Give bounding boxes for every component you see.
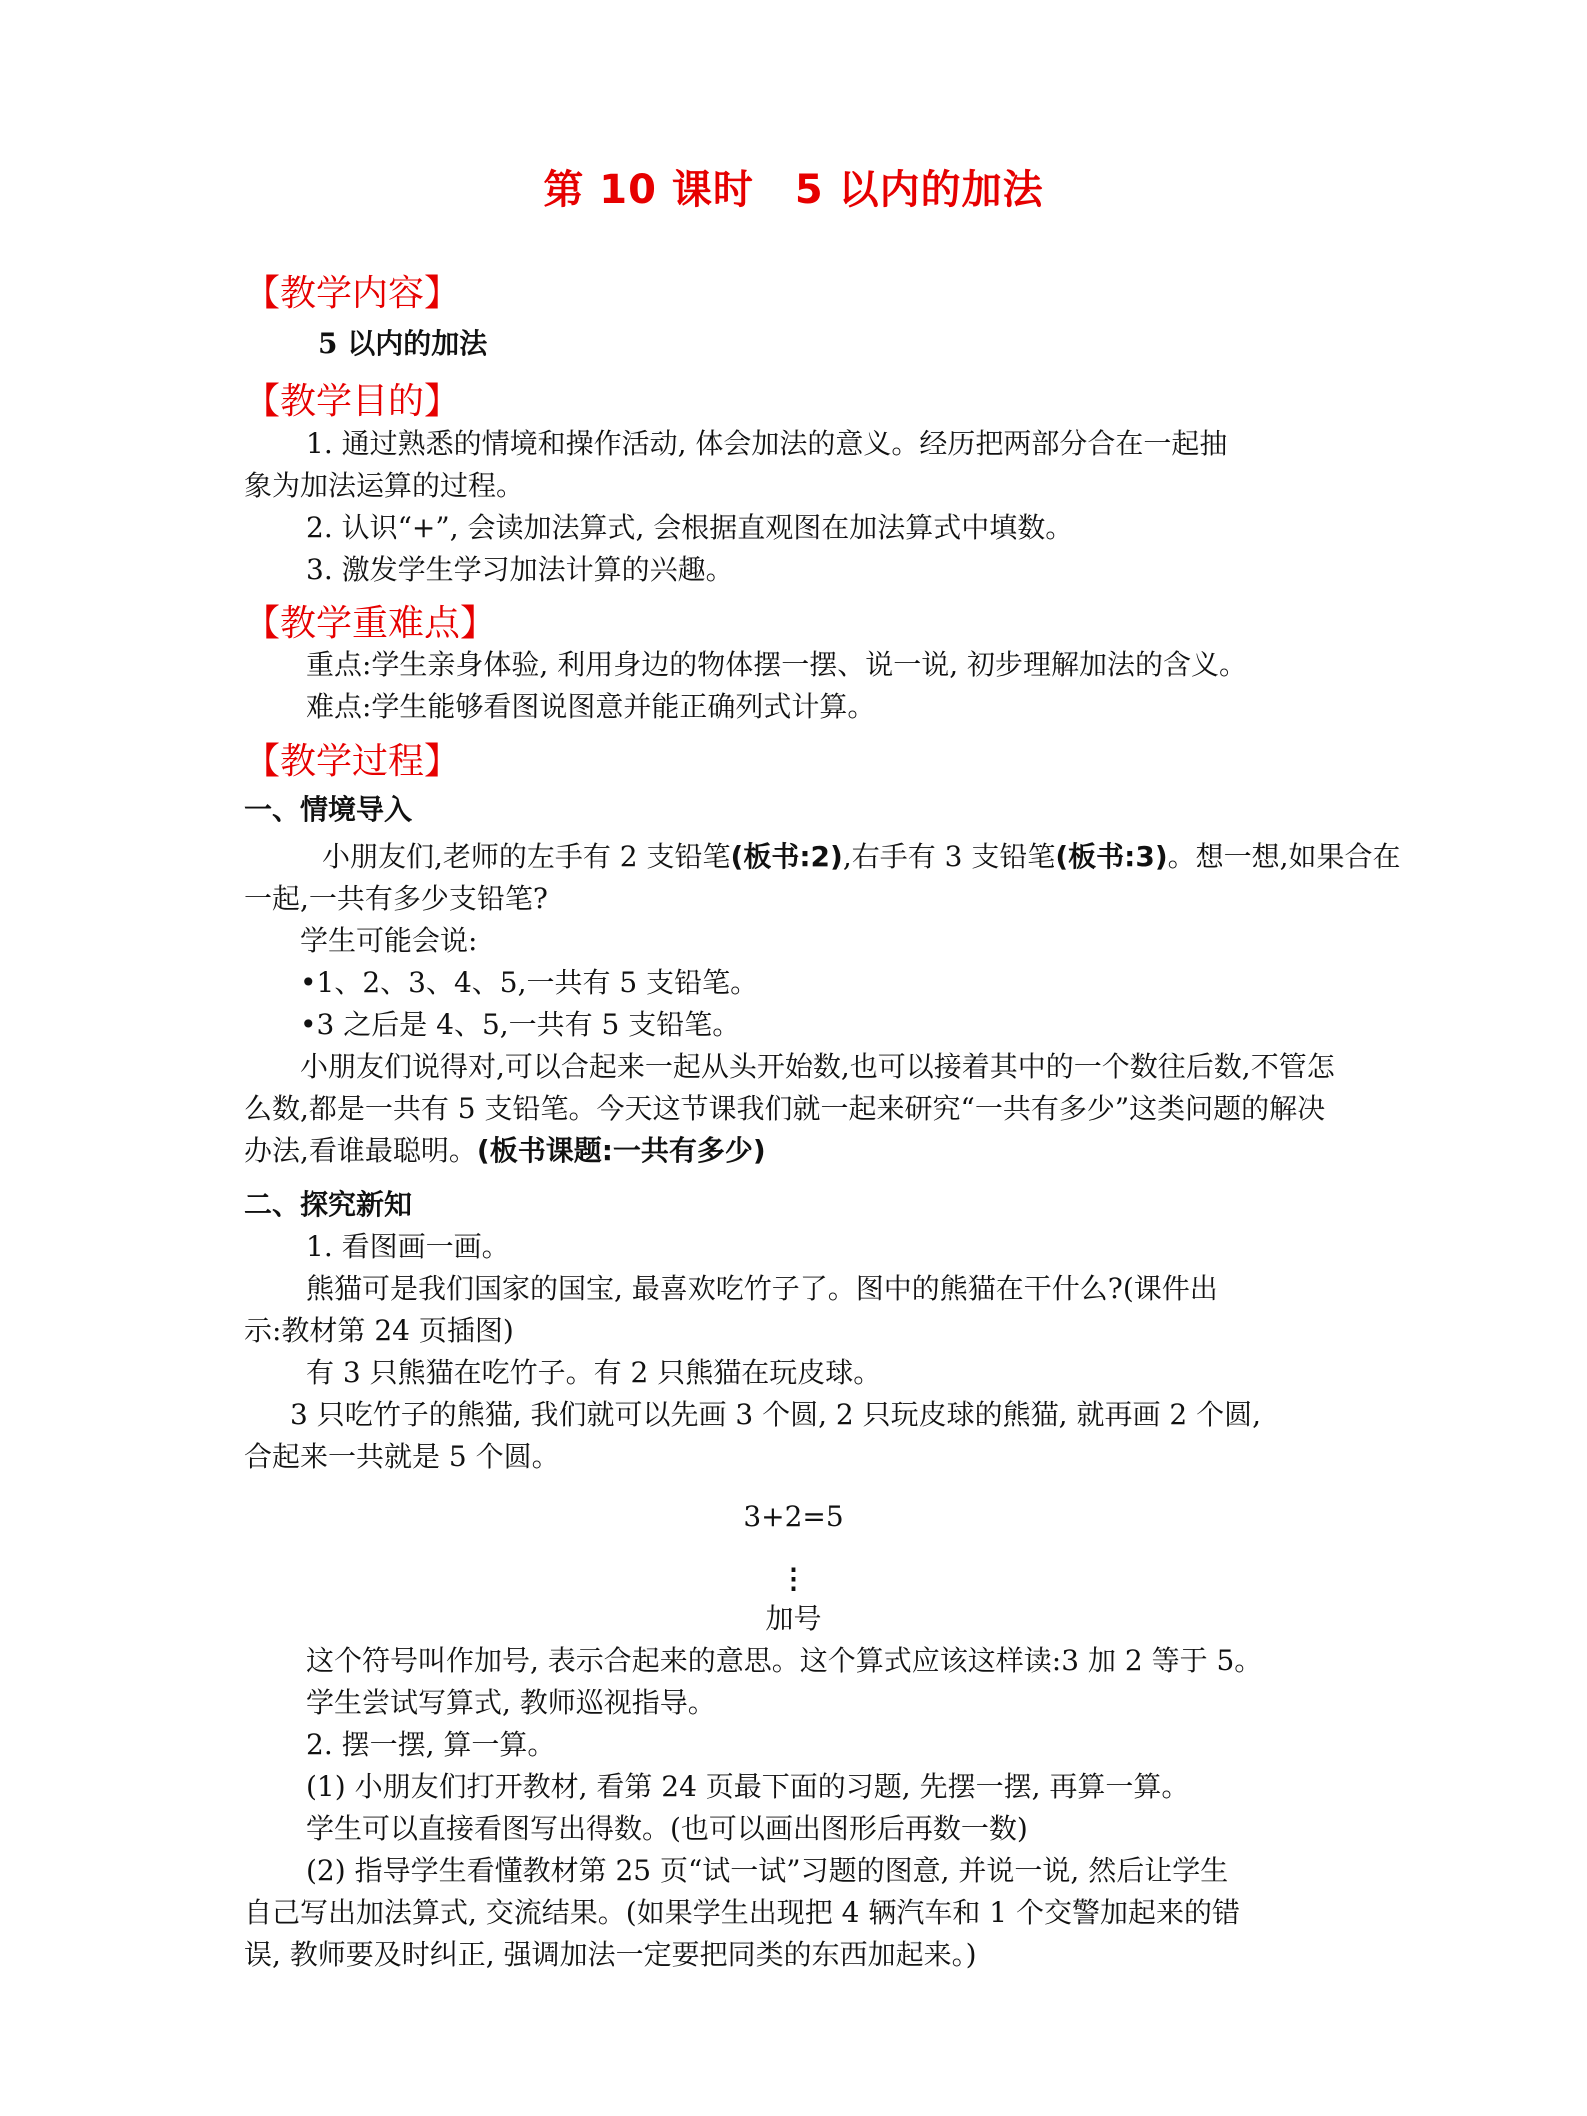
part1-heading: 一、情境导入 xyxy=(244,793,412,827)
text-run: 办法,看谁最聪明。 xyxy=(244,1134,477,1167)
equation: 3+2=5 xyxy=(0,1500,1587,1534)
key-point-difficult: 难点:学生能够看图说图意并能正确列式计算。 xyxy=(306,690,875,724)
section-header-process: 【教学过程】 xyxy=(244,733,460,784)
text-run: ,右手有 3 支铅笔 xyxy=(843,840,1056,873)
part1-line: 学生可能会说: xyxy=(300,924,477,958)
part1-paragraph-end: 办法,看谁最聪明。(板书课题:一共有多少) xyxy=(244,1134,766,1168)
part2-line: 这个符号叫作加号, 表示合起来的意思。这个算式应该这样读:3 加 2 等于 5。 xyxy=(306,1644,1262,1678)
board-note: (板书:2) xyxy=(731,840,843,873)
part1-line: 么数,都是一共有 5 支铅笔。今天这节课我们就一起来研究“一共有多少”这类问题的… xyxy=(244,1092,1325,1126)
document-page: 第 10 课时 5 以内的加法 【教学内容】 5 以内的加法 【教学目的】 1.… xyxy=(0,0,1587,2116)
part2-line: 1. 看图画一画。 xyxy=(306,1230,510,1264)
section-header-objectives: 【教学目的】 xyxy=(244,373,460,424)
part2-line: 3 只吃竹子的熊猫, 我们就可以先画 3 个圆, 2 只玩皮球的熊猫, 就再画 … xyxy=(290,1398,1261,1432)
bullet-item: •3 之后是 4、5,一共有 5 支铅笔。 xyxy=(300,1008,740,1042)
part2-line: 学生尝试写算式, 教师巡视指导。 xyxy=(306,1686,716,1720)
section-header-content: 【教学内容】 xyxy=(244,265,460,316)
part2-line: 误, 教师要及时纠正, 强调加法一定要把同类的东西加起来。) xyxy=(244,1938,977,1972)
plus-sign-label: 加号 xyxy=(0,1602,1587,1636)
objective-line: 象为加法运算的过程。 xyxy=(244,469,524,503)
pointer-dots-icon: ⋮ xyxy=(0,1562,1587,1596)
content-body: 5 以内的加法 xyxy=(318,327,487,361)
part1-paragraph: 小朋友们,老师的左手有 2 支铅笔(板书:2),右手有 3 支铅笔(板书:3)。… xyxy=(322,840,1401,874)
key-point-important: 重点:学生亲身体验, 利用身边的物体摆一摆、说一说, 初步理解加法的含义。 xyxy=(306,648,1247,682)
part1-line: 一起,一共有多少支铅笔? xyxy=(244,882,548,916)
part2-line: 合起来一共就是 5 个圆。 xyxy=(244,1440,560,1474)
text-run: 。想一想,如果合在 xyxy=(1168,840,1401,873)
bullet-item: •1、2、3、4、5,一共有 5 支铅笔。 xyxy=(300,966,758,1000)
section-header-key-points: 【教学重难点】 xyxy=(244,595,496,646)
page-title: 第 10 课时 5 以内的加法 xyxy=(0,158,1587,215)
board-note: (板书:3) xyxy=(1055,840,1167,873)
part2-heading: 二、探究新知 xyxy=(244,1188,412,1222)
part2-line: 自己写出加法算式, 交流结果。(如果学生出现把 4 辆汽车和 1 个交警加起来的… xyxy=(244,1896,1240,1930)
objective-line: 2. 认识“+”, 会读加法算式, 会根据直观图在加法算式中填数。 xyxy=(306,511,1073,545)
text-run: 小朋友们,老师的左手有 2 支铅笔 xyxy=(322,840,731,873)
part2-line: 熊猫可是我们国家的国宝, 最喜欢吃竹子了。图中的熊猫在干什么?(课件出 xyxy=(306,1272,1218,1306)
part2-line: 学生可以直接看图写出得数。(也可以画出图形后再数一数) xyxy=(306,1812,1028,1846)
part2-line: 有 3 只熊猫在吃竹子。有 2 只熊猫在玩皮球。 xyxy=(306,1356,881,1390)
part1-line: 小朋友们说得对,可以合起来一起从头开始数,也可以接着其中的一个数往后数,不管怎 xyxy=(300,1050,1335,1084)
board-note: (板书课题:一共有多少) xyxy=(477,1134,766,1167)
part2-line: (1) 小朋友们打开教材, 看第 24 页最下面的习题, 先摆一摆, 再算一算。 xyxy=(306,1770,1189,1804)
part2-line: (2) 指导学生看懂教材第 25 页“试一试”习题的图意, 并说一说, 然后让学… xyxy=(306,1854,1228,1888)
part2-line: 2. 摆一摆, 算一算。 xyxy=(306,1728,555,1762)
objective-line: 1. 通过熟悉的情境和操作活动, 体会加法的意义。经历把两部分合在一起抽 xyxy=(306,427,1227,461)
objective-line: 3. 激发学生学习加法计算的兴趣。 xyxy=(306,553,734,587)
part2-line: 示:教材第 24 页插图) xyxy=(244,1314,514,1348)
